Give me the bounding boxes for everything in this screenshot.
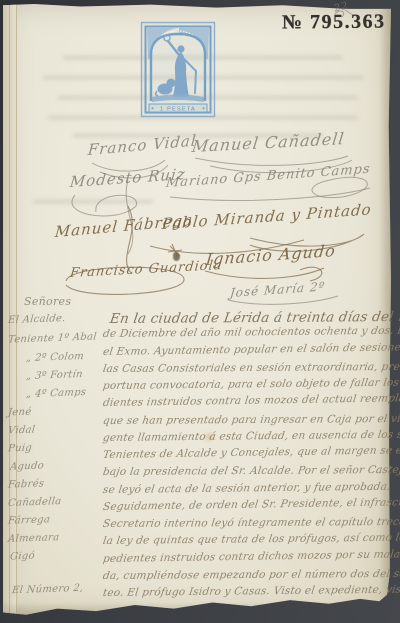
body-line: Secretario interino leyó íntegramente el… bbox=[102, 516, 400, 530]
margin-name: Almenara bbox=[7, 532, 60, 545]
margin-name: El Alcalde. bbox=[7, 313, 66, 326]
stamp-denomination-label: 1 PESETA bbox=[160, 107, 196, 113]
margin-name: Agudo bbox=[9, 460, 44, 472]
body-line: las Casas Consistoriales en sesión extra… bbox=[102, 360, 400, 374]
margin-header: Señores bbox=[24, 295, 71, 308]
body-line: que se han presentado para ingresar en C… bbox=[102, 412, 400, 426]
showthrough-line bbox=[33, 200, 153, 203]
body-line: da, cumpliéndose empezando por el número… bbox=[102, 568, 400, 582]
margin-name: Vidal bbox=[7, 424, 35, 436]
margin-name: „ 2º Colom bbox=[25, 351, 84, 364]
scan-background: № 795.363 22 1 PESETA bbox=[0, 0, 400, 623]
page-edge-shadow-bottom bbox=[3, 602, 391, 616]
margin-name: Jené bbox=[7, 407, 32, 419]
revenue-stamp-icon: 1 PESETA bbox=[140, 21, 216, 118]
body-line: bajo la presidencia del Sr. Alcalde. Por… bbox=[102, 464, 400, 478]
body-line: se leyó el acta de la sesión anterior, y… bbox=[102, 480, 391, 495]
margin-name: Puig bbox=[7, 443, 32, 455]
margin-name: Fárrega bbox=[7, 514, 50, 527]
margin-name: Fabrés bbox=[7, 478, 44, 490]
serial-number: № 795.363 bbox=[282, 10, 386, 34]
margin-name: „ 4º Camps bbox=[25, 387, 86, 400]
margin-name: Cañadella bbox=[7, 496, 62, 509]
margin-name: „ 3º Fortín bbox=[25, 369, 83, 382]
margin-name: Gigó bbox=[9, 551, 35, 563]
